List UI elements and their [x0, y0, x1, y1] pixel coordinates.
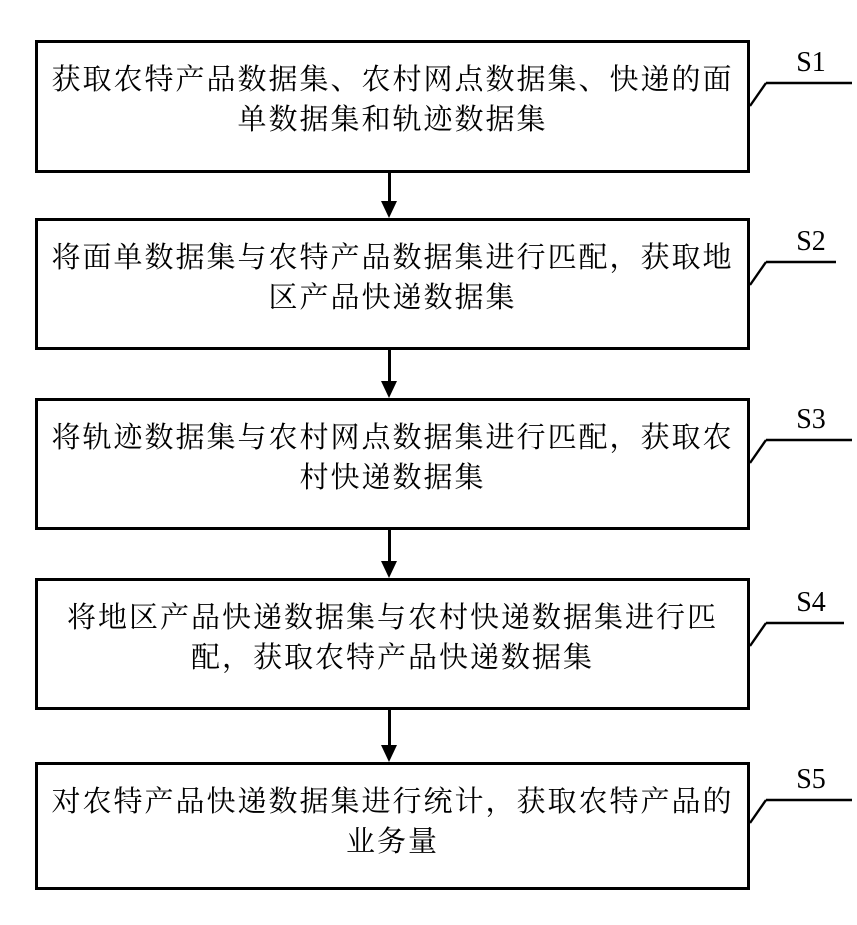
step-label-s1: S1 — [768, 48, 854, 78]
step-text-s2: 将面单数据集与农特产品数据集进行匹配，获取地 区产品快递数据集 — [38, 221, 747, 318]
arrow-shaft — [388, 173, 391, 203]
step-text-line: 业务量 — [38, 822, 747, 862]
flow-arrow-down-icon — [379, 173, 399, 218]
arrow-shaft — [388, 350, 391, 383]
step-text-line: 将地区产品快递数据集与农村快递数据集进行匹 — [38, 598, 747, 638]
step-label-s2: S2 — [768, 227, 854, 257]
arrow-head — [381, 561, 397, 578]
flow-arrow-down-icon — [379, 350, 399, 398]
label-leader-line — [744, 75, 857, 111]
step-text-line: 村快递数据集 — [38, 458, 747, 498]
arrow-shaft — [388, 710, 391, 747]
step-box-s4: 将地区产品快递数据集与农村快递数据集进行匹 配，获取农特产品快递数据集 — [35, 578, 750, 710]
step-text-line: 将轨迹数据集与农村网点数据集进行匹配，获取农 — [38, 418, 747, 458]
flow-arrow-down-icon — [379, 530, 399, 578]
step-box-s2: 将面单数据集与农特产品数据集进行匹配，获取地 区产品快递数据集 — [35, 218, 750, 350]
step-text-line: 区产品快递数据集 — [38, 278, 747, 318]
label-leader-line — [744, 792, 857, 828]
step-text-s3: 将轨迹数据集与农村网点数据集进行匹配，获取农 村快递数据集 — [38, 401, 747, 498]
step-box-s1: 获取农特产品数据集、农村网点数据集、快递的面 单数据集和轨迹数据集 — [35, 40, 750, 173]
step-text-s5: 对农特产品快递数据集进行统计，获取农特产品的 业务量 — [38, 765, 747, 862]
step-text-line: 获取农特产品数据集、农村网点数据集、快递的面 — [38, 60, 747, 100]
flow-arrow-down-icon — [379, 710, 399, 762]
step-text-s1: 获取农特产品数据集、农村网点数据集、快递的面 单数据集和轨迹数据集 — [38, 43, 747, 140]
step-label-s5: S5 — [768, 765, 854, 795]
arrow-head — [381, 745, 397, 762]
flowchart-canvas: 获取农特产品数据集、农村网点数据集、快递的面 单数据集和轨迹数据集 S1 将面单… — [0, 0, 857, 925]
step-label-s3: S3 — [768, 405, 854, 435]
arrow-shaft — [388, 530, 391, 563]
step-box-s5: 对农特产品快递数据集进行统计，获取农特产品的 业务量 — [35, 762, 750, 890]
step-text-line: 配，获取农特产品快递数据集 — [38, 638, 747, 678]
label-leader-line — [744, 254, 857, 290]
step-text-line: 单数据集和轨迹数据集 — [38, 100, 747, 140]
arrow-head — [381, 381, 397, 398]
step-text-line: 对农特产品快递数据集进行统计，获取农特产品的 — [38, 782, 747, 822]
label-leader-line — [744, 432, 857, 468]
arrow-head — [381, 201, 397, 218]
step-text-s4: 将地区产品快递数据集与农村快递数据集进行匹 配，获取农特产品快递数据集 — [38, 581, 747, 678]
step-text-line: 将面单数据集与农特产品数据集进行匹配，获取地 — [38, 238, 747, 278]
label-leader-line — [744, 615, 857, 651]
step-label-s4: S4 — [768, 588, 854, 618]
step-box-s3: 将轨迹数据集与农村网点数据集进行匹配，获取农 村快递数据集 — [35, 398, 750, 530]
